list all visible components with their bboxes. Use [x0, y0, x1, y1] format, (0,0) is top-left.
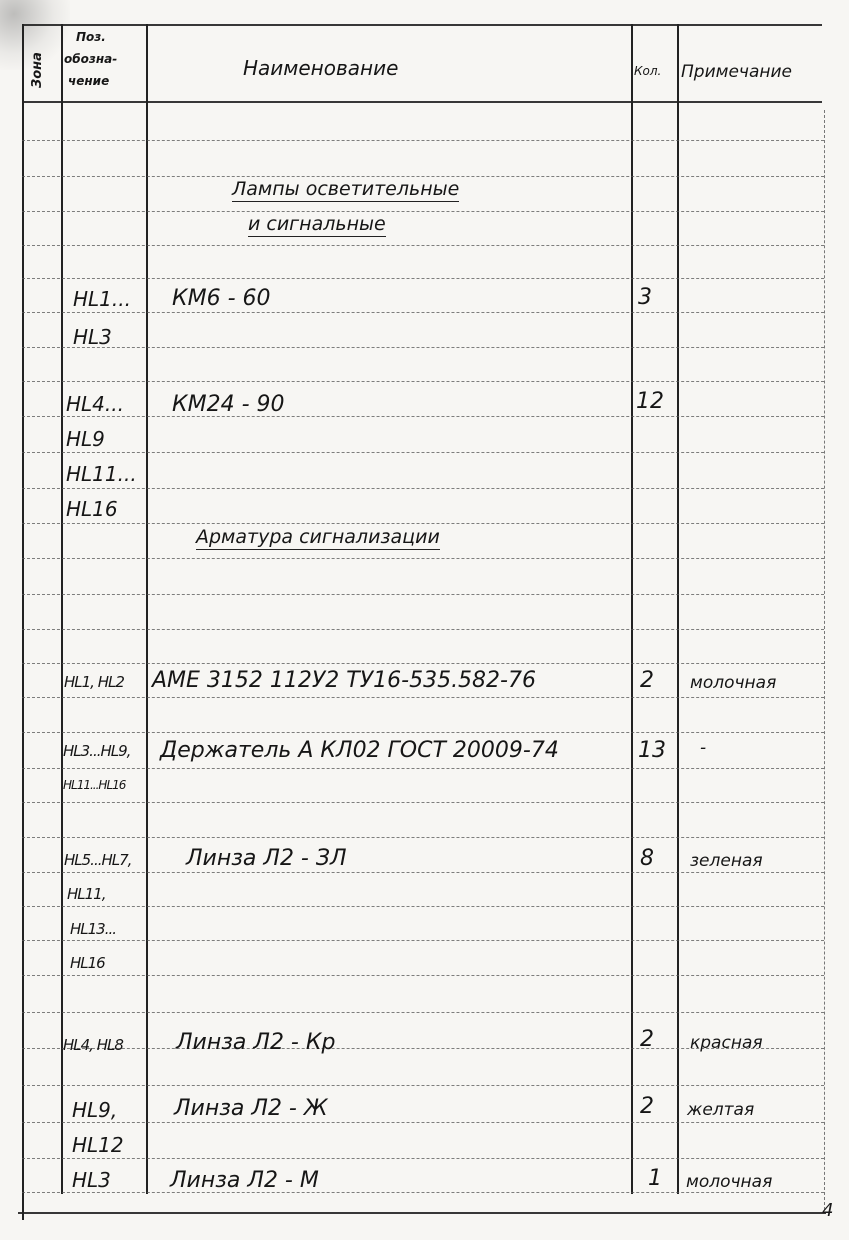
- row4-name: Держатель А КЛ02 ГОСТ 20009-74: [160, 738, 559, 763]
- row4-pos: HL3...HL9,: [63, 742, 130, 760]
- col-border-right: [824, 110, 825, 1210]
- col-border-pos: [146, 24, 148, 1194]
- header-note: Примечание: [681, 62, 792, 82]
- row8-name: Линза Л2 - М: [170, 1168, 319, 1193]
- grid-line: [22, 558, 824, 559]
- row5-name: Линза Л2 - ЗЛ: [186, 846, 347, 871]
- row1-pos2: HL3: [73, 325, 112, 349]
- section-title-fittings: Арматура сигнализации: [196, 526, 440, 550]
- row6-note: красная: [690, 1033, 763, 1053]
- row2-pos4: HL16: [66, 497, 118, 521]
- row5-pos: HL5...HL7,: [64, 851, 131, 869]
- row1-pos: HL1...: [73, 287, 131, 311]
- row8-note: молочная: [686, 1172, 772, 1192]
- grid-line: [22, 1085, 824, 1086]
- header-zone: Зона: [30, 52, 45, 88]
- row1-qty: 3: [638, 285, 652, 310]
- row3-note: молочная: [690, 673, 776, 693]
- grid-line: [22, 663, 824, 664]
- col-border-zone: [61, 24, 63, 1194]
- row8-qty: 1: [648, 1166, 662, 1191]
- header-position-3: чение: [68, 74, 109, 88]
- row7-qty: 2: [640, 1094, 654, 1119]
- header-name: Наименование: [243, 56, 398, 80]
- row4-qty: 13: [638, 738, 666, 763]
- grid-line: [22, 1012, 824, 1013]
- grid-line: [22, 1158, 824, 1159]
- grid-line: [22, 1122, 824, 1123]
- grid-line: [22, 802, 824, 803]
- grid-line: [22, 906, 824, 907]
- header-quantity: Кол.: [634, 64, 661, 78]
- row2-name: КМ24 - 90: [172, 392, 285, 417]
- row4-note: -: [700, 738, 706, 758]
- row7-pos2: HL12: [72, 1133, 124, 1157]
- page-number: 4: [822, 1200, 833, 1221]
- row5-pos2: HL11,: [67, 885, 106, 903]
- grid-line: [22, 312, 824, 313]
- row5-note: зеленая: [690, 851, 763, 871]
- grid-line: [22, 176, 824, 177]
- row6-name: Линза Л2 - Кр: [176, 1030, 335, 1055]
- row7-note: желтая: [687, 1100, 754, 1120]
- grid-line: [22, 245, 824, 246]
- row1-name: КМ6 - 60: [172, 286, 271, 311]
- row2-pos2: HL9: [66, 427, 105, 451]
- row2-qty: 12: [636, 389, 664, 414]
- grid-line: [22, 140, 824, 141]
- specification-sheet: Зона Поз. обозна- чение Наименование Кол…: [0, 0, 849, 1240]
- grid-line: [22, 975, 824, 976]
- row4-pos2: HL11...HL16: [63, 778, 125, 792]
- grid-line: [22, 732, 824, 733]
- row5-pos4: HL16: [70, 954, 105, 972]
- grid-line: [22, 629, 824, 630]
- grid-line: [22, 211, 824, 212]
- row6-pos: HL4, HL8: [63, 1036, 123, 1054]
- section-title-lamps: Лампы осветительные: [232, 178, 459, 202]
- row2-pos: HL4...: [66, 392, 124, 416]
- row3-pos: HL1, HL2: [64, 673, 124, 691]
- grid-line: [22, 347, 824, 348]
- table-top-border: [22, 24, 822, 26]
- row8-pos: HL3: [72, 1168, 111, 1192]
- header-bottom-border: [22, 101, 822, 103]
- grid-line: [22, 594, 824, 595]
- col-border-qty: [677, 24, 679, 1194]
- row6-qty: 2: [640, 1027, 654, 1052]
- row5-pos3: HL13...: [70, 920, 116, 938]
- grid-line: [22, 523, 824, 524]
- grid-line: [22, 488, 824, 489]
- grid-line: [22, 872, 824, 873]
- col-border-name: [631, 24, 633, 1194]
- col-border-left: [22, 24, 24, 1220]
- table-bottom-border: [18, 1212, 826, 1214]
- row3-name: АМЕ 3152 112У2 ТУ16-535.582-76: [152, 668, 536, 693]
- row2-pos3: HL11...: [66, 462, 137, 486]
- row3-qty: 2: [640, 668, 654, 693]
- grid-line: [22, 278, 824, 279]
- grid-line: [22, 837, 824, 838]
- grid-line: [22, 1192, 824, 1193]
- row7-pos: HL9,: [72, 1098, 117, 1122]
- grid-line: [22, 697, 824, 698]
- grid-line: [22, 416, 824, 417]
- row5-qty: 8: [640, 846, 654, 871]
- grid-line: [22, 940, 824, 941]
- grid-line: [22, 381, 824, 382]
- grid-line: [22, 768, 824, 769]
- grid-line: [22, 452, 824, 453]
- header-position-2: обозна-: [64, 52, 117, 66]
- row7-name: Линза Л2 - Ж: [174, 1096, 328, 1121]
- header-position-1: Поз.: [76, 30, 106, 44]
- section-title-lamps-2: и сигнальные: [248, 213, 386, 237]
